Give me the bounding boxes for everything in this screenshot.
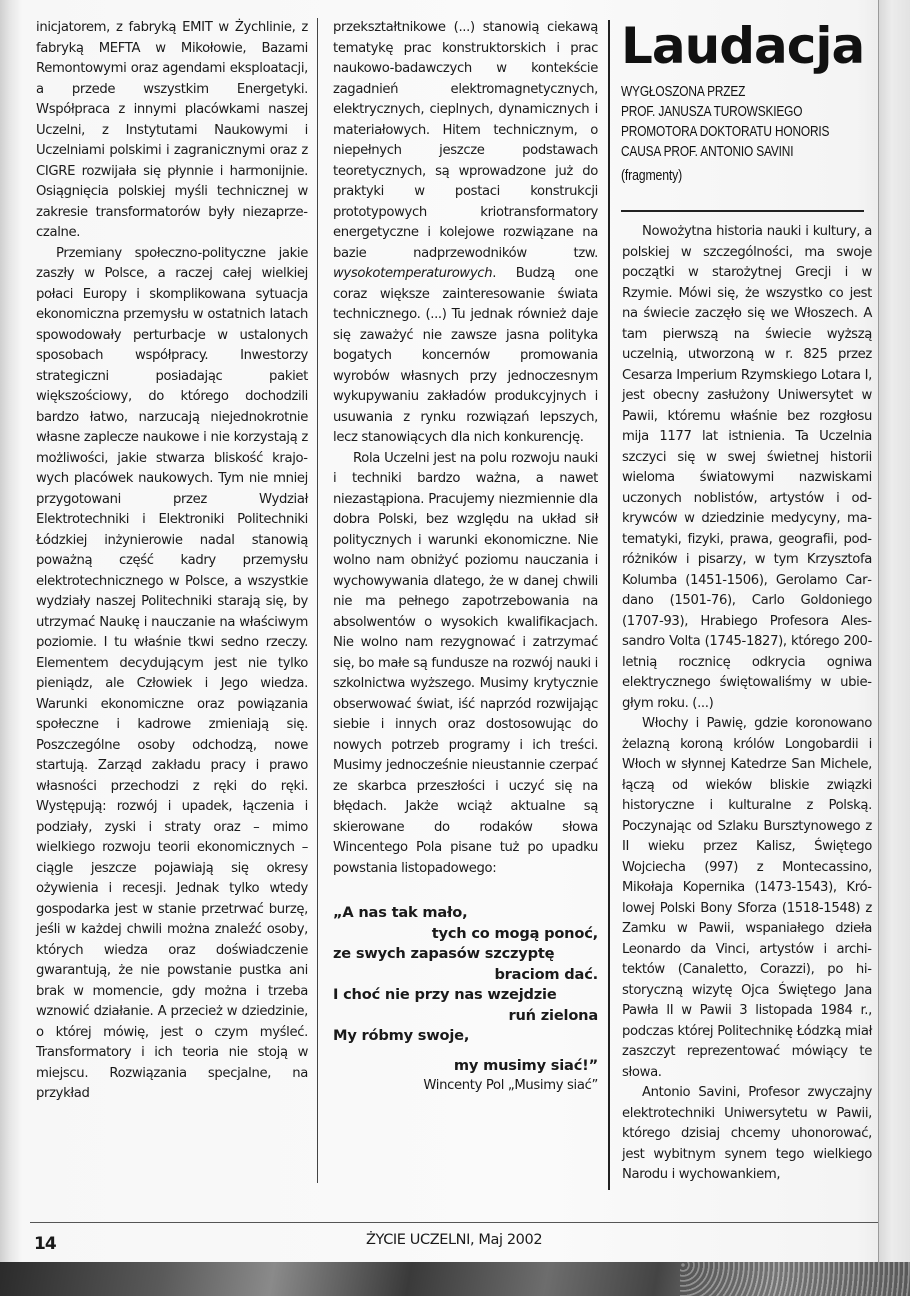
subtitle-line: PROF. JANUSZA TUROWSKIEGO: [621, 102, 867, 122]
poem-line: ruń zielona: [333, 1006, 598, 1027]
poem-line: braciom dać.: [333, 965, 598, 986]
paragraph: Przemiany społeczno-polityczne jakie zas…: [36, 244, 308, 1105]
subtitle-line: CAUSA PROF. ANTONIO SAVINI: [621, 142, 867, 162]
poem-line: My róbmy swoje,: [333, 1026, 598, 1047]
page-edge-shadow: [878, 0, 910, 1262]
italic-term: wysokotemperaturo­wych: [333, 266, 492, 281]
subtitle-line: WYGŁOSZONA PRZEZ: [621, 82, 867, 102]
paragraph: Antonio Savini, Profesor zwyczaj­ny elek…: [622, 1083, 872, 1186]
footer-rule: [30, 1222, 878, 1223]
page-number: 14: [34, 1234, 56, 1254]
text-run: przekształtnikowe (...) stanowią cie­kaw…: [333, 20, 598, 261]
paragraph: inicjatorem, z fabryką EMIT w Żychli­nie…: [36, 18, 308, 244]
poem-line: ze swych zapasów szczyptę: [333, 944, 598, 965]
paragraph: Włochy i Pawię, gdzie koronowa­no żelazn…: [622, 714, 872, 1083]
poem-attribution: Wincenty Pol „Musimy siać”: [333, 1076, 598, 1097]
column-right: Nowożytna historia nauki i kultu­ry, a p…: [622, 222, 872, 1186]
column-divider: [317, 18, 318, 1183]
poem-line: tych co mogą ponoć,: [333, 924, 598, 945]
paragraph: przekształtnikowe (...) stanowią cie­kaw…: [333, 18, 598, 449]
subtitle-note: (fragmenty): [621, 166, 867, 186]
article-subtitle: WYGŁOSZONA PRZEZ PROF. JANUSZA TUROWSKIE…: [621, 82, 867, 186]
column-left: inicjatorem, z fabryką EMIT w Żychli­nie…: [36, 18, 308, 1105]
subtitle-line: PROMOTORA DOKTORATU HONORIS: [621, 122, 867, 142]
article-header: Laudacja WYGŁOSZONA PRZEZ PROF. JANUSZA …: [621, 18, 861, 186]
header-rule: [621, 210, 864, 212]
poem-line: „A nas tak mało,: [333, 903, 598, 924]
column-middle: przekształtnikowe (...) stanowią cie­kaw…: [333, 18, 598, 1097]
poem-quote: „A nas tak mało, tych co mogą ponoć, ze …: [333, 903, 598, 1076]
publication-footer: ŻYCIE UCZELNI, Maj 2002: [366, 1232, 542, 1248]
paragraph: Nowożytna historia nauki i kultu­ry, a p…: [622, 222, 872, 714]
article-title: Laudacja: [621, 18, 861, 74]
poem-line: my musimy siać!”: [333, 1056, 598, 1077]
text-run: . Budzą one coraz większe za­interesowan…: [333, 266, 598, 445]
scan-background: [0, 1262, 910, 1296]
section-divider: [608, 20, 610, 1190]
poem-line: I choć nie przy nas wzejdzie: [333, 985, 598, 1006]
paragraph: Rola Uczelni jest na polu rozwoju nauki …: [333, 449, 598, 880]
